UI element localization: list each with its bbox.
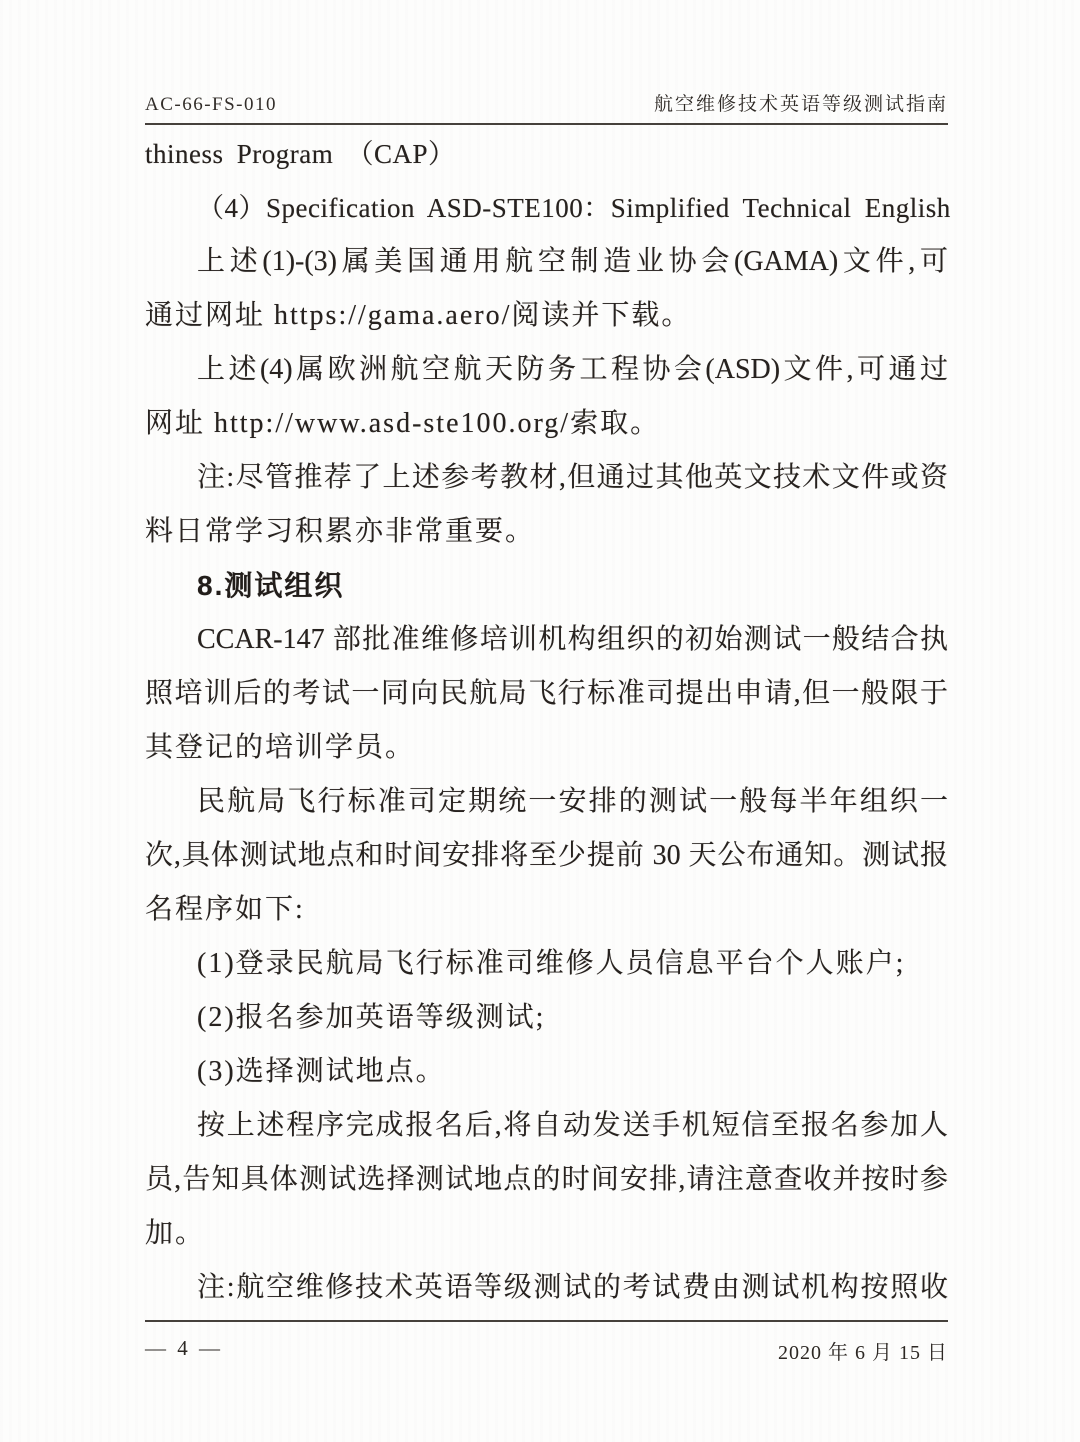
body-line: 上述(1)-(3)属美国通用航空制造业协会(GAMA)文件,可 (145, 235, 948, 289)
body-line: 民航局飞行标准司定期统一安排的测试一般每半年组织一 (145, 775, 948, 829)
body-line-url-asd: 网址 http://www.asd-ste100.org/索取。 (145, 397, 948, 451)
body-line: 名程序如下: (145, 883, 948, 937)
body-line-list-item-2: (2)报名参加英语等级测试; (145, 991, 948, 1045)
body-line: 注:航空维修技术英语等级测试的考试费由测试机构按照收 (145, 1261, 948, 1315)
body-line: CCAR-147 部批准维修培训机构组织的初始测试一般结合执 (145, 613, 948, 667)
footer-date: 2020 年 6 月 15 日 (778, 1336, 948, 1365)
page-footer: — 4 — 2020 年 6 月 15 日 (145, 1320, 948, 1365)
header-doc-number: AC-66-FS-010 (145, 94, 277, 116)
body-line: 照培训后的考试一同向民航局飞行标准司提出申请,但一般限于 (145, 667, 948, 721)
footer-page-number: — 4 — (145, 1336, 223, 1361)
body-line: 员,告知具体测试选择测试地点的时间安排,请注意查收并按时参 (145, 1153, 948, 1207)
body-line: 其登记的培训学员。 (145, 721, 948, 775)
header-doc-title: 航空维修技术英语等级测试指南 (654, 89, 948, 116)
section-heading: 8.测试组织 (145, 559, 948, 613)
body-line: 按上述程序完成报名后,将自动发送手机短信至报名参加人 (145, 1099, 948, 1153)
body-line-url-gama: 通过网址 https://gama.aero/阅读并下载。 (145, 289, 948, 343)
body-line: （4）Specification ASD-STE100：Simplified T… (145, 181, 948, 235)
body-line: thiness Program （CAP） (145, 127, 948, 181)
body-line: 注:尽管推荐了上述参考教材,但通过其他英文技术文件或资 (145, 451, 948, 505)
body-line-list-item-3: (3)选择测试地点。 (145, 1045, 948, 1099)
body-line-list-item-1: (1)登录民航局飞行标准司维修人员信息平台个人账户; (145, 937, 948, 991)
body-line: 次,具体测试地点和时间安排将至少提前 30 天公布通知。测试报 (145, 829, 948, 883)
body-line: 上述(4)属欧洲航空航天防务工程协会(ASD)文件,可通过 (145, 343, 948, 397)
body-line: 料日常学习积累亦非常重要。 (145, 505, 948, 559)
page-body: thiness Program （CAP） （4）Specification A… (145, 127, 948, 1315)
body-line: 加。 (145, 1207, 948, 1261)
page-header: AC-66-FS-010 航空维修技术英语等级测试指南 (145, 76, 948, 125)
document-page: AC-66-FS-010 航空维修技术英语等级测试指南 thiness Prog… (0, 0, 1080, 1442)
